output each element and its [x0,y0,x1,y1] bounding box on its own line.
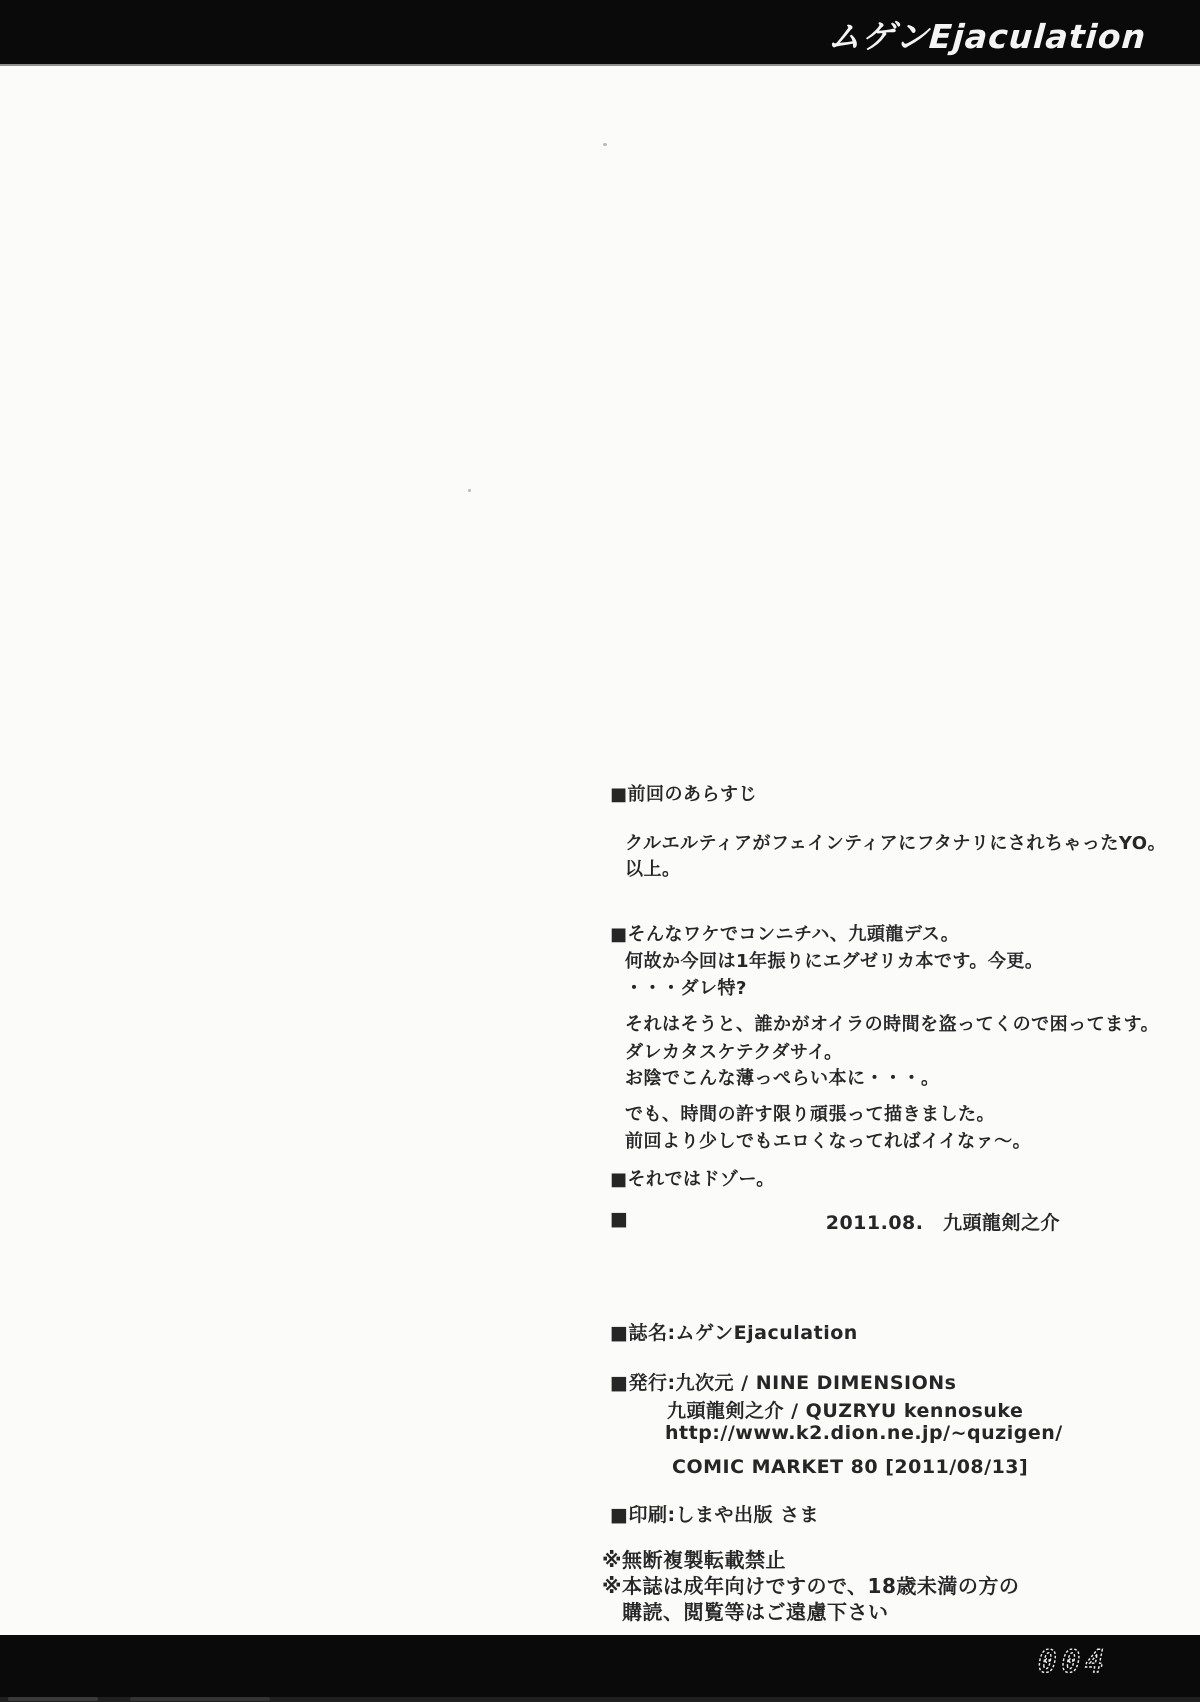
book-title-logo: ムゲンEjaculation [826,11,1148,58]
colophon-url-line: http://www.k2.dion.ne.jp/~quzigen/ [665,1422,1063,1444]
colophon-publisher-line: ■発行:九次元 / NINE DIMENSIONs [610,1368,956,1395]
page-number-graphic: 004 [1032,1641,1172,1685]
header-bar: ムゲンEjaculation [0,0,1200,66]
afterword-heading-previously: ■前回のあらすじ [610,780,757,806]
afterword-text-line: クルエルティアがフェインティアにフタナリにされちゃったYO。 [625,829,1166,855]
afterword-text-line: でも、時間の許す限り頑張って描きました。 [625,1100,995,1126]
scan-speck [603,143,607,146]
afterword-text-line: 何故か今回は1年振りにエグゼリカ本です。今更。 [625,947,1043,973]
page-number: 004 [1038,1644,1109,1680]
doujinshi-afterword-page: { "header": { "title": "ムゲンEjaculation" … [0,0,1200,1702]
signature-square-marker: ■ [610,1208,628,1230]
colophon-printer-line: ■印刷:しまや出版 さま [610,1500,819,1527]
scan-smudge [130,1697,270,1701]
signature-date-author: 2011.08. 九頭龍剣之介 [826,1208,1060,1235]
colophon-title-line: ■誌名:ムゲンEjaculation [610,1318,858,1345]
colophon-event-line: COMIC MARKET 80 [2011/08/13] [672,1456,1028,1478]
signature-row: ■ 2011.08. 九頭龍剣之介 [610,1208,1060,1235]
footer-bar: 004 [0,1635,1200,1702]
scan-speck [468,489,471,492]
colophon-author-line: 九頭龍剣之介 / QUZRYU kennosuke [667,1396,1023,1423]
afterword-heading-greeting: ■そんなワケでコンニチハ、九頭龍デス。 [610,920,959,946]
afterword-text-line: それはそうと、誰かがオイラの時間を盗ってくので困ってます。 [625,1010,1159,1036]
afterword-text-line: 前回より少しでもエロくなってればイイなァ〜。 [625,1127,1031,1153]
afterword-heading-closing: ■それではドゾー。 [610,1165,775,1191]
scan-smudge [8,1697,98,1701]
notice-adults-only-1: ※本誌は成年向けですので、18歳未満の方の [602,1570,1019,1599]
notice-adults-only-2: 購読、閲覧等はご遠慮下さい [622,1596,889,1625]
notice-no-reproduction: ※無断複製転載禁止 [602,1544,786,1573]
afterword-text-line: ・・・ダレ特? [625,974,747,1000]
afterword-text-line: お陰でこんな薄っぺらい本に・・・。 [625,1064,940,1090]
afterword-text-line: ダレカタスケテクダサイ。 [625,1038,843,1064]
afterword-text-line: 以上。 [625,855,681,881]
